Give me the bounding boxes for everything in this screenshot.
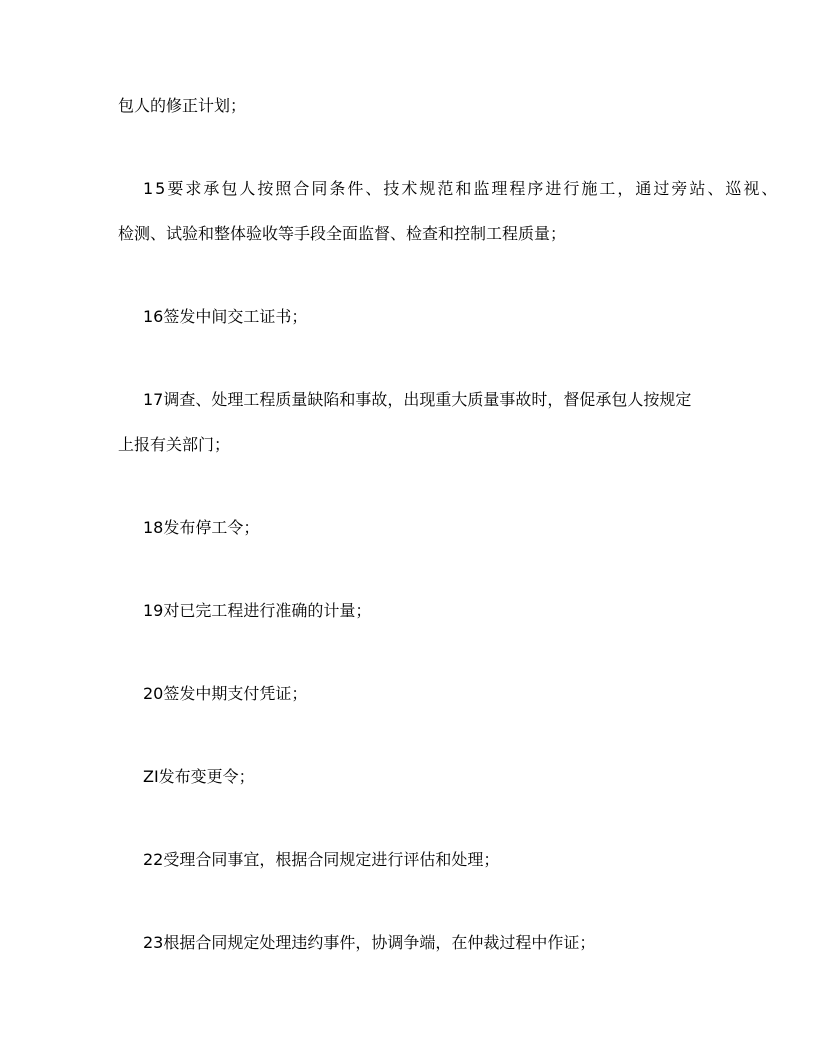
paragraph: 23根据合同规定处理违约事件，协调争端，在仲裁过程中作证；	[118, 920, 770, 965]
paragraph: 18发布停工令；	[118, 505, 770, 550]
text-line: 23根据合同规定处理违约事件，协调争端，在仲裁过程中作证；	[118, 920, 770, 965]
text-line: 19对已完工程进行准确的计量；	[118, 588, 770, 633]
text-line: 22受理合同事宜，根据合同规定进行评估和处理；	[118, 837, 770, 882]
paragraph: 16签发中间交工证书；	[118, 294, 770, 339]
document-page: 包人的修正计划； 15要求承包人按照合同条件、技术规范和监理程序进行施工，通过旁…	[0, 0, 816, 1056]
text-line: 16签发中间交工证书；	[118, 294, 770, 339]
text-line: 上报有关部门；	[118, 422, 770, 467]
paragraph: ZI发布变更令；	[118, 754, 770, 799]
text-line: ZI发布变更令；	[118, 754, 770, 799]
paragraph: 包人的修正计划；	[118, 83, 770, 128]
text-line: 18发布停工令；	[118, 505, 770, 550]
paragraph: 17调查、处理工程质量缺陷和事故，出现重大质量事故时，督促承包人按规定 上报有关…	[118, 377, 770, 467]
text-line: 检测、试验和整体验收等手段全面监督、检查和控制工程质量；	[118, 211, 770, 256]
paragraph: 20签发中期支付凭证；	[118, 671, 770, 716]
text-line: 15要求承包人按照合同条件、技术规范和监理程序进行施工，通过旁站、巡视、	[118, 166, 770, 211]
document-body: 包人的修正计划； 15要求承包人按照合同条件、技术规范和监理程序进行施工，通过旁…	[0, 0, 816, 965]
text-line: 17调查、处理工程质量缺陷和事故，出现重大质量事故时，督促承包人按规定	[118, 377, 770, 422]
text-line: 20签发中期支付凭证；	[118, 671, 770, 716]
text-line: 包人的修正计划；	[118, 83, 770, 128]
paragraph: 15要求承包人按照合同条件、技术规范和监理程序进行施工，通过旁站、巡视、 检测、…	[118, 166, 770, 256]
paragraph: 22受理合同事宜，根据合同规定进行评估和处理；	[118, 837, 770, 882]
paragraph: 19对已完工程进行准确的计量；	[118, 588, 770, 633]
